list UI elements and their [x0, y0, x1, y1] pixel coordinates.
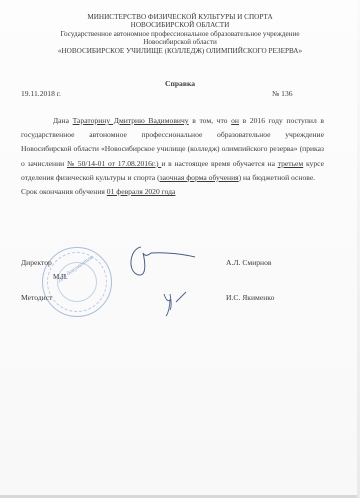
student-name: Тараторину Дмитрию Вадимовичу [73, 116, 189, 125]
document-page: МИНИСТЕРСТВО ФИЗИЧЕСКОЙ КУЛЬТУРЫ И СПОРТ… [0, 0, 360, 498]
ministry-line-2: НОВОСИБИРСКОЙ ОБЛАСТИ [0, 21, 360, 29]
graduation-label: Срок окончания обучения [21, 187, 107, 196]
text: ) на бюджетной основе. [239, 173, 315, 182]
document-body: Дана Тараторину Дмитрию Вадимовичу в том… [21, 114, 324, 199]
document-title: Справка [0, 79, 360, 88]
certificate-paragraph: Дана Тараторину Дмитрию Вадимовичу в том… [21, 114, 324, 185]
document-number: № 136 [272, 89, 293, 98]
graduation-date: 01 февраля 2020 года [107, 187, 176, 196]
director-name: А.Л. Смирнов [226, 258, 272, 267]
text: в том, что [189, 116, 232, 125]
graduation-paragraph: Срок окончания обучения 01 февраля 2020 … [21, 185, 324, 199]
pronoun: он [231, 116, 239, 125]
methodist-signature-icon [160, 290, 190, 320]
official-stamp [42, 247, 112, 317]
methodist-name: И.С. Якименко [226, 293, 274, 302]
study-form: заочная форма обучения [160, 173, 239, 182]
text: Дана [53, 116, 73, 125]
institution-name: «НОВОСИБИРСКОЕ УЧИЛИЩЕ (КОЛЛЕДЖ) ОЛИМПИЙ… [0, 47, 360, 55]
stamp-place-label: М.П. [53, 273, 68, 281]
methodist-title: Методист [21, 293, 52, 302]
enrollment-order: № 50/14-01 от 17.08.2016г.) [67, 159, 161, 168]
institution-region: Новосибирской области [0, 38, 360, 46]
document-date: 19.11.2018 г. [21, 89, 61, 98]
director-title: Директор [21, 258, 52, 267]
text: и в настоящее время обучается на [161, 159, 277, 168]
course-year: третьем [278, 159, 304, 168]
director-signature-icon [125, 243, 200, 283]
